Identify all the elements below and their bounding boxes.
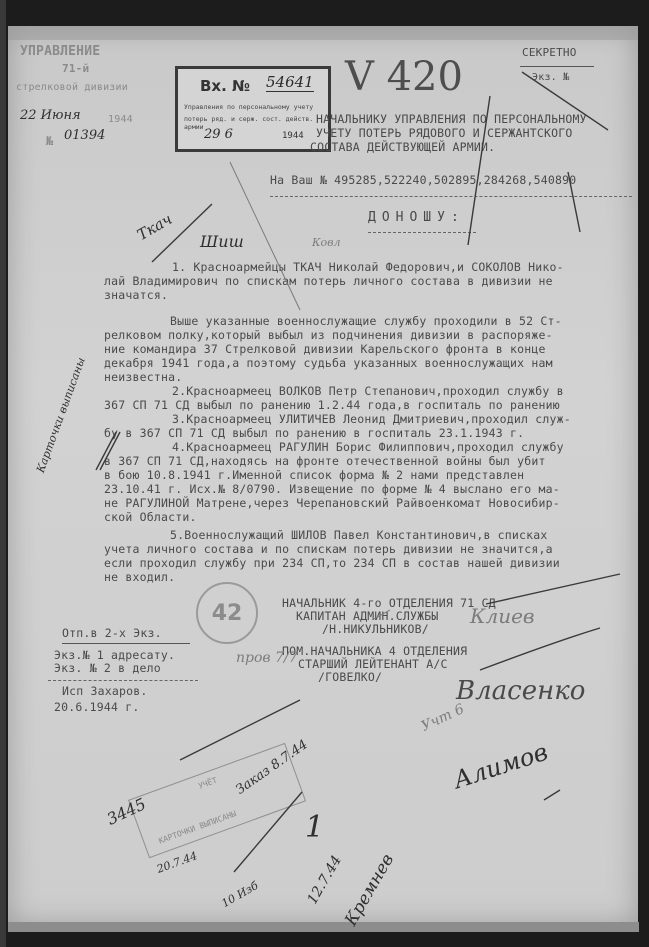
pen-strokes <box>0 0 649 947</box>
